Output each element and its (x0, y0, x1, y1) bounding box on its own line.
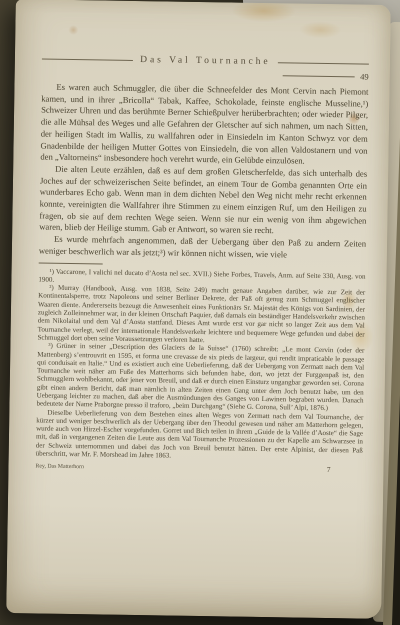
page-content: Das Val Tournanche 49 Es waren auch Schm… (35, 54, 368, 475)
footnote: ²) Murray (Handbook, Ausg. von 1838, Sei… (37, 284, 365, 347)
footnote: ³) Grüner in seiner „Description des Gla… (36, 342, 364, 414)
book-photograph: Das Val Tournanche 49 Es waren auch Schm… (0, 0, 400, 625)
body-paragraph: Es wurde mehrfach angenommen, daß der Ue… (39, 234, 366, 263)
body-paragraph: Die alten Leute erzählen, daß es auf dem… (39, 163, 367, 238)
body-paragraph: Es waren auch Schmuggler, die über die S… (40, 82, 368, 169)
footnote-separator (39, 262, 103, 264)
page-number: 49 (360, 72, 369, 82)
page-footer: Rey, Das Matterhorn 7 (35, 461, 362, 475)
page-number-row: 49 (42, 67, 369, 82)
footnote: Dieselbe Ueberlieferung von dem Bestehen… (36, 408, 364, 463)
sheet-number: 7 (327, 465, 363, 475)
printer-signature: Rey, Das Matterhorn (35, 464, 83, 471)
header-rule-right (278, 62, 369, 64)
header-rule-left (42, 58, 133, 60)
page-number-rule (282, 75, 354, 77)
running-title: Das Val Tournanche (140, 55, 271, 67)
book-page: Das Val Tournanche 49 Es waren auch Schm… (6, 0, 391, 619)
